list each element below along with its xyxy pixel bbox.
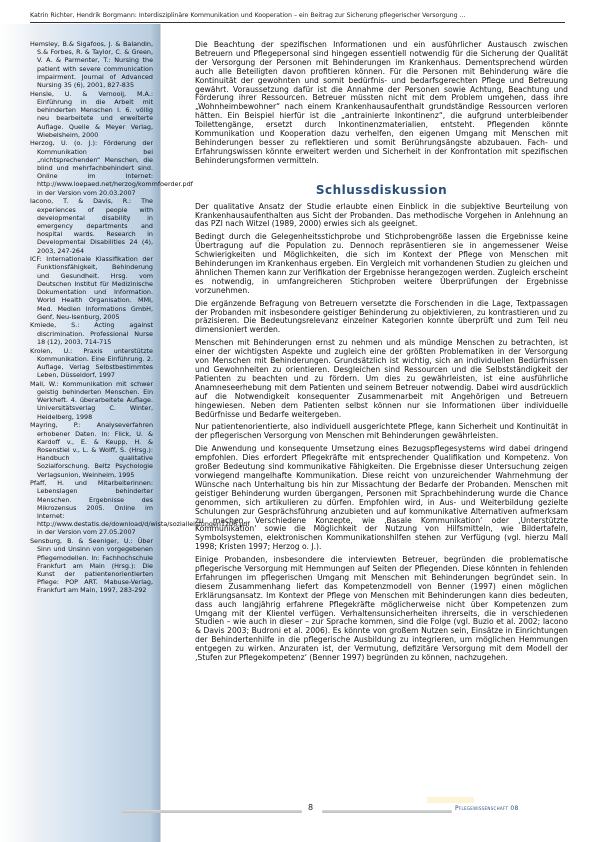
reference-item: Herzog, U. (o. J.): Förderung der Kommun…	[30, 139, 153, 196]
reference-item: Mayring, P.: Analyseverfahren erhobener …	[30, 421, 153, 478]
reference-item: Mall, W.: Kommunikation mit schwer geist…	[30, 380, 153, 421]
body-paragraph: Nur patientenorientierte, also individue…	[195, 423, 568, 441]
reference-item: ICF: Internationale Klassifikation der F…	[30, 255, 153, 321]
running-title: Katrin Richter, Hendrik Borgmann: Interd…	[30, 12, 465, 19]
reference-item: Hemsley, B.& Sigafoos, J. & Balandin, S.…	[30, 40, 153, 89]
reference-item: Kmiede, S.: Acting against discriminatio…	[30, 321, 153, 346]
reference-item: Pfaff, H. und Mitarbeiterinnen: Lebensla…	[30, 479, 153, 536]
section-heading: Schlussdiskussion	[195, 186, 568, 195]
body-paragraph: Die ergänzende Befragung von Betreuern v…	[195, 300, 568, 336]
page-number: 8	[308, 803, 313, 812]
body-paragraph: Menschen mit Behinderungen ernst zu nehm…	[195, 339, 568, 419]
body-paragraph: Einige Probanden, insbesondere die inter…	[195, 556, 568, 663]
intro-paragraph: Die Beachtung der spezifischen Informati…	[195, 41, 568, 166]
reference-item: Iacono, T. & Davis, R.: The experiences …	[30, 197, 153, 254]
reference-item: Sensburg, B. & Seeniger, U.: Über Sinn u…	[30, 537, 153, 594]
main-text-column: Die Beachtung der spezifischen Informati…	[195, 41, 568, 667]
body-paragraph: Die Anwendung und konsequente Umsetzung …	[195, 445, 568, 552]
reference-item: Hensle, U. & Vernooij, M.A.: Einführung …	[30, 90, 153, 139]
footer-rule-right	[322, 810, 452, 813]
footer-highlight	[427, 797, 474, 803]
reference-item: Krolen, U.: Praxis unterstützte Kommunik…	[30, 347, 153, 380]
footer-rule-left	[122, 810, 302, 813]
page-footer: 8 Pflegewissenschaft 08	[122, 803, 572, 817]
references-column: Hemsley, B.& Sigafoos, J. & Balandin, S.…	[30, 40, 153, 595]
body-paragraph: Bedingt durch die Gelegenheitsstichprobe…	[195, 233, 568, 295]
body-paragraph: Der qualitative Ansatz der Studie erlaub…	[195, 203, 568, 230]
running-header: Katrin Richter, Hendrik Borgmann: Interd…	[30, 10, 565, 23]
journal-name: Pflegewissenschaft 08	[455, 805, 519, 812]
